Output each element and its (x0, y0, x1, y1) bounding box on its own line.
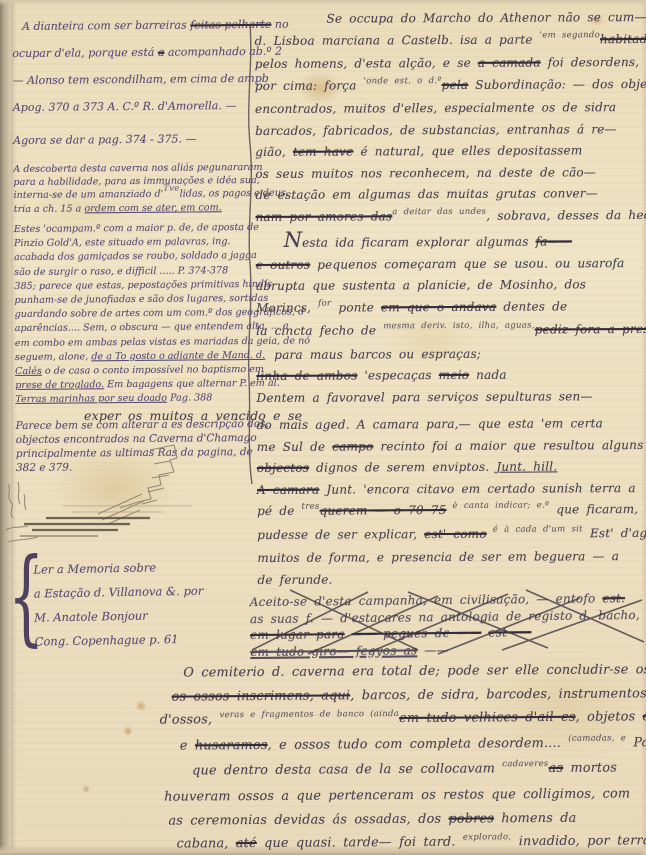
manuscript-line: Apog. 370 a 373 A. C.º R. d'Amorella. — (13, 92, 251, 121)
manuscript-line: — Alonso tem escondilham, em cima de amp… (12, 65, 250, 94)
manuscript-line: pudesse de ser explicar, est' como é à c… (257, 522, 643, 548)
cross-out-strokes (250, 588, 646, 664)
hand-text: Terras marinhas por seu doado (15, 393, 167, 405)
marginal-note-block-a: A dianteira com ser barreiras feitas pel… (12, 11, 251, 154)
manuscript-line: nam por amores dasa deitar das undes, so… (256, 204, 642, 230)
manuscript-line: os seus muitos nos reconhecem, na deste … (255, 161, 641, 185)
hand-text: invadido, por terra— (511, 833, 646, 849)
hand-text: pelos homens, d'esta alção, e se (255, 56, 478, 71)
manuscript-line: Cong. Copenhague p. 61 (34, 626, 214, 653)
hand-text: Dentem a favoravel para serviços sepultu… (256, 389, 592, 405)
manuscript-line: ocupar d'ela, porque está a acompanhado … (12, 38, 250, 67)
struck-text: pediz fora a presa da mina— (535, 322, 646, 337)
hand-text: o de casa o conto impossível no baptismo… (42, 364, 264, 377)
hand-text: — Alonso tem escondilham, em cima de amp… (13, 72, 269, 87)
hand-text: Est' d'agua, dois (583, 525, 646, 540)
interlinear-insertion: veras e fragmentos de banco (ainda (219, 709, 399, 720)
hand-text: , barcos, de sidra, barcodes, instrument… (350, 686, 646, 703)
struck-text: objectos (257, 461, 309, 475)
struck-text: husaramos (195, 738, 268, 754)
hand-text: 385; parece que estas, pepostações primi… (14, 279, 272, 292)
hand-text: interna-se de um amanziado d' (14, 189, 164, 201)
hand-text: de ferunde. (257, 572, 332, 586)
manuscript-line: para maus barcos ou espraças; (274, 342, 642, 365)
hand-text: pequenos começaram que se usou. ou usaro… (310, 256, 624, 272)
interlinear-insertion: mesma deriv. isto, ilha, aguas, (383, 321, 535, 332)
manuscript-line: de estação em algumas das muitas grutas … (255, 183, 641, 207)
hand-text: Junt. hill. (496, 459, 557, 473)
manuscript-line: a Estação d. Villanova &. por (34, 578, 214, 605)
hand-text: Apog. 370 a 373 A. C.º R. d'Amorella. — (13, 99, 237, 114)
hand-text: Se occupa do Marcho do Athenor não se cu… (326, 10, 646, 26)
hand-text: tria a ch. 15 a (14, 203, 85, 215)
hand-text: O cemiterio d. caverna era total de; pod… (183, 662, 646, 680)
hand-text: para maus barcos ou espraças; (274, 346, 481, 361)
hand-text: por cima: força (255, 78, 364, 93)
hand-text: A descoberta desta caverna nos aliás peg… (13, 162, 262, 175)
hand-text: Agora se dar a pag. 374 - 375. — (13, 132, 196, 147)
hand-text: Parece: (626, 735, 646, 750)
manuscript-line: encontrados, muitos d'elles, especialmen… (255, 97, 641, 121)
hand-text: esta ida ficaram explorar algumas (302, 235, 536, 250)
manuscript-line: aparências.... Sem, o obscura — que ente… (15, 320, 253, 336)
manuscript-line: d. Lisboa marciana a Castelb. isa a part… (255, 28, 641, 54)
manuscript-line: cabana, até que quasi. tarde— foi tard. … (177, 829, 646, 855)
hand-text: foi desordens, (541, 55, 640, 70)
manuscript-line: houveram ossos a que pertenceram os rest… (164, 782, 646, 809)
hand-text: Estes 'ocampam.º com a maior p. de, de a… (14, 222, 259, 235)
hand-text: Em bagagens que alternar P. em al. (104, 378, 280, 391)
hand-text: para a habilidade, para as immunações e … (13, 175, 259, 188)
marginal-note-block-c: Estes 'ocampam.º com a maior p. de, de a… (14, 221, 254, 408)
struck-text: tem have (293, 144, 354, 158)
struck-text: em que o andava (381, 299, 496, 314)
marginal-note-block-b: A descoberta desta caverna nos aliás peg… (13, 161, 251, 216)
manuscript-line: prese de troglado. Em bagagens que alter… (15, 377, 253, 393)
hand-text: pudesse de ser explicar, (257, 527, 424, 542)
hand-text: que dentro desta casa de la se collocava… (192, 762, 502, 779)
manuscript-line: que dentro desta casa de la se collocava… (192, 757, 646, 786)
struck-text: a camada (478, 56, 541, 70)
hand-text: e (180, 738, 195, 753)
struck-text: pela (442, 77, 469, 91)
hand-text: Pag. 388 (167, 393, 212, 404)
manuscript-line: la cincta fecho de mesma deriv. isto, il… (256, 319, 642, 345)
hand-text: aparências.... Sem, o obscura — que ente… (15, 321, 289, 334)
manuscript-line: A camara Junt. 'encora citavo em certado… (257, 477, 643, 501)
hand-text: cabana, (177, 836, 236, 851)
struck-text: até (236, 836, 257, 851)
hand-text: nada (469, 368, 507, 382)
struck-text: de p. (643, 709, 646, 724)
main-text-column: Se occupa do Marcho do Athenor não se cu… (254, 7, 643, 591)
hand-text: são de surgir o raso, e difficil ..... P… (14, 265, 228, 278)
hand-text: que quasi. tarde— foi tard. (257, 835, 463, 851)
hand-text: acabada dos gamiçados se roubo, soldado … (14, 250, 257, 263)
interlinear-insertion: è canta indicar; e.º (446, 500, 549, 511)
hand-text: muitos de forma, e presencia de ser em b… (257, 549, 619, 565)
struck-text: meio (439, 368, 469, 382)
hand-text: , sobrava, desses da hecolisa do, (486, 207, 646, 222)
manuscript-line: barcados, fabricados, de substancias, en… (255, 118, 641, 142)
hand-text: ponte (331, 300, 381, 314)
struck-text: campo (332, 439, 373, 453)
struck-text: fa—— (536, 234, 572, 248)
struck-text: pobres (448, 811, 494, 826)
hand-text: M. Anatole Bonjour (34, 609, 148, 625)
hand-text: de a To gosto o adiante de Mand. d. (91, 350, 265, 363)
manuscript-line: Nesta ida ficaram explorar algumas fa—— (284, 228, 642, 254)
struck-text: est' como (424, 526, 487, 540)
hand-text: mortos (563, 761, 617, 776)
struck-text: e outros (256, 257, 310, 271)
manuscript-line: acabada dos gamiçados se roubo, soldado … (14, 249, 252, 265)
hand-text: Calés (15, 366, 42, 377)
manuscript-line: muitos de forma, e presencia de ser em b… (257, 546, 643, 570)
struck-text: nam por amores das (256, 209, 393, 224)
hand-text: Cong. Copenhague p. 61 (35, 632, 179, 649)
hand-text: homens da (494, 810, 577, 826)
struck-text: linha de ambos (256, 368, 357, 383)
hand-text: me Sul de (257, 439, 333, 453)
manuscript-line: pé de tresquerem — o 70 75 è canta indic… (257, 499, 643, 525)
hand-text: Morincs, (256, 300, 318, 314)
interlinear-insertion: (camadas, e (568, 733, 626, 743)
interlinear-insertion: for (318, 298, 331, 308)
hand-text: Subordinação: — dos objetos a elle (468, 76, 646, 91)
hand-text: as ceremonias devidas ás ossadas, dos (168, 811, 448, 828)
manuscript-line: e outros pequenos começaram que se usou.… (256, 252, 642, 276)
interlinear-insertion: cadaveres (502, 759, 548, 769)
hand-text: ocupar d'ela, porque está (12, 46, 158, 60)
hand-text: Pinzio Gold'A, este situado em palavras,… (14, 236, 231, 249)
struck-text: em tudo velhices d'ail es (399, 710, 576, 726)
manuscript-line: O cemiterio d. caverna era total de; pod… (183, 658, 645, 685)
interlinear-insertion: Tve (163, 184, 179, 194)
manuscript-line: os ossos inscrimens, aqui, barcos, de si… (171, 682, 645, 709)
interlinear-insertion: tres (301, 502, 319, 512)
interlinear-insertion: é à cada d'um sit (487, 524, 583, 535)
hand-text: recinto foi a maior que resultou alguns (373, 437, 643, 452)
manuscript-line: e husaramos, e ossos tudo com completa d… (180, 731, 646, 760)
interlinear-insertion: 'em segando (540, 30, 600, 40)
manuscript-line: tria a ch. 15 a ordem com se ater, em co… (14, 201, 252, 216)
manuscript-page: A dianteira com ser barreiras feitas pel… (0, 0, 646, 855)
hand-text: dignos de serem enviptos. (309, 460, 496, 475)
hand-text: prese de troglado. (15, 379, 104, 391)
hand-text: houveram ossos a que pertenceram os rest… (164, 786, 630, 804)
bottom-paragraphs: O cemiterio d. caverna era total de; pod… (151, 658, 646, 855)
manuscript-line: Ler a Memoria sobre (33, 554, 213, 581)
hand-text: barcados, fabricados, de substancias, en… (255, 122, 617, 138)
hand-text: de estação em algumas das muitas grutas … (255, 186, 598, 202)
manuscript-line: me Sul de campo recinto foi a maior que … (257, 434, 643, 458)
hand-text: ordem com se ater, em com. (84, 202, 221, 214)
interlinear-insertion: a deitar das undes (392, 206, 486, 216)
interlinear-insertion: 'onde est. o d.º (364, 76, 442, 86)
hand-text: a Estação d. Villanova &. por (34, 584, 204, 601)
hand-text: encontrados, muitos d'elles, especialmen… (255, 100, 616, 116)
scan-edge-top (0, 0, 646, 6)
manuscript-line: M. Anatole Bonjour (34, 602, 214, 629)
hand-text: , objetos (576, 709, 643, 724)
hand-text: d. Lisboa marciana a Castelb. isa a part… (255, 32, 540, 47)
manuscript-line: objectos dignos de serem enviptos. Junt.… (257, 456, 643, 480)
hand-text: abrupta que sustenta a planicie, de Mosi… (256, 277, 586, 293)
interlinear-insertion: explorado, (463, 832, 512, 842)
hand-text: d'ossos, (160, 712, 220, 727)
struck-text: querem — o 70 75 (320, 503, 447, 518)
manuscript-line: linha de ambos 'especaças meio nada (256, 364, 642, 388)
hand-text: dentes de (496, 299, 567, 313)
manuscript-line: Dentem a favoravel para serviços sepultu… (256, 385, 642, 409)
hand-text: punham-se de junofiadas e são dos lugare… (14, 293, 268, 306)
struck-text: as (549, 761, 564, 776)
manuscript-line: Morincs, for ponte em que o andava dente… (256, 295, 642, 321)
manuscript-line: exper os muitos a vencido e se (84, 406, 302, 426)
hand-text: pé de (257, 504, 301, 518)
manuscript-line: pelos homens, d'esta alção, e se a camad… (255, 52, 641, 76)
struck-text: os ossos inscrimens, aqui (172, 688, 351, 704)
hand-text: gião, (255, 145, 293, 159)
hand-text: os seus muitos nos reconhecem, na deste … (255, 165, 596, 181)
hand-text: A dianteira com ser barreiras (22, 18, 190, 32)
manuscript-line: por cima: força 'onde est. o d.ºpela Sub… (255, 73, 641, 99)
manuscript-line: Agora se dar a pag. 374 - 375. — (13, 125, 251, 154)
manuscript-line: gião, tem have é natural, que elles depo… (255, 140, 641, 164)
manuscript-line: Se occupa do Marcho do Athenor não se cu… (326, 7, 640, 30)
manuscript-line: abrupta que sustenta a planicie, de Mosi… (256, 274, 642, 298)
manuscript-line: A dianteira com ser barreiras feitas pel… (22, 11, 250, 40)
hand-text: do mais aged. A camara para,— que esta '… (257, 416, 603, 432)
struck-text: habitada da (600, 31, 646, 45)
hand-text: , e ossos tudo com completa desordem.... (268, 736, 569, 753)
manuscript-line: as ceremonias devidas ás ossadas, dos po… (168, 806, 646, 833)
hand-text: seguem, alone, (15, 351, 91, 363)
hand-text: que ficaram, vamos com (549, 502, 646, 517)
hand-text: Junt. 'encora citavo em certado sunish t… (319, 481, 635, 497)
hand-text: N (284, 228, 303, 252)
hand-text: exper os muitos a vencido e se (84, 408, 302, 423)
margin-reference-note: Ler a Memoria sobrea Estação d. Villanov… (33, 554, 215, 653)
mid-page-fragment: exper os muitos a vencido e se (84, 406, 302, 426)
struck-text: A camara (257, 482, 319, 496)
hand-text: la cincta fecho de (256, 323, 383, 338)
hand-text: Ler a Memoria sobre (33, 560, 156, 576)
hand-text: é natural, que elles depositassem (353, 143, 582, 158)
manuscript-line: d'ossos, veras e fragmentos de banco (ai… (160, 705, 646, 734)
manuscript-line: do mais aged. A camara para,— que esta '… (257, 413, 643, 437)
hand-text: 'especaças (357, 368, 438, 382)
